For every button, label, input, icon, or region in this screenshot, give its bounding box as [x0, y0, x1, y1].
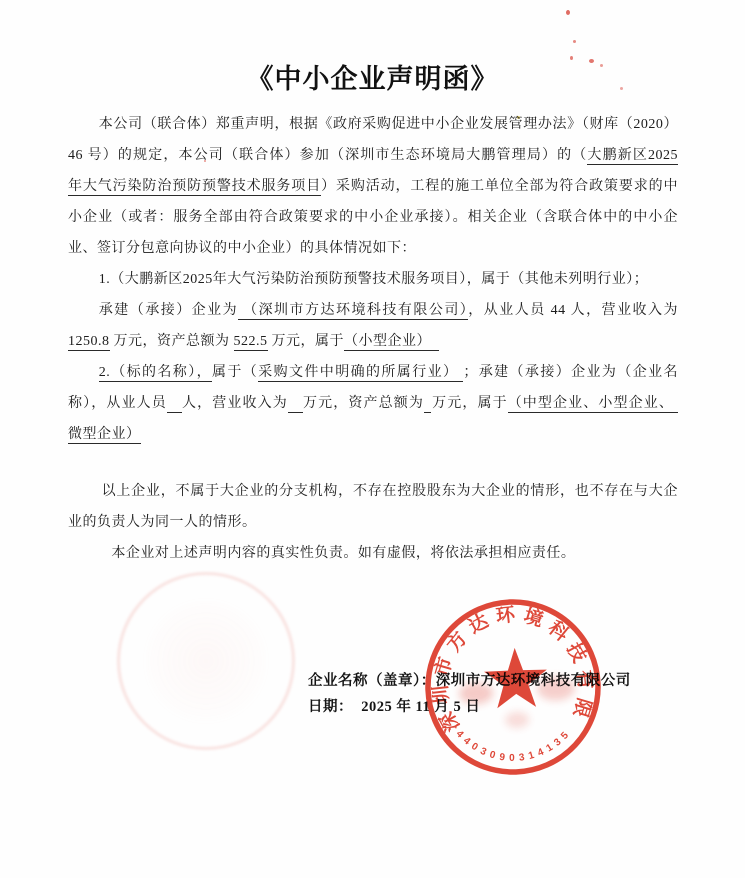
- text-segment: 万元，资产总额为: [110, 334, 234, 349]
- text-segment: 本公司（联合体）郑重声明，根据《政府采购促进中小企业发展管理办法》（财库（202…: [99, 117, 678, 132]
- document-line: 微型企业）: [68, 419, 678, 450]
- text-segment: 本企业对上述声明内容的真实性负责。如有虚假，将依法承担相应责任。: [111, 546, 575, 561]
- text-segment: 业、签订分包意向协议的中小企业）的具体情况如下：: [68, 241, 416, 256]
- scan-speckle: [566, 10, 570, 15]
- underlined-text: （深圳市方达环境科技有限公司）: [238, 303, 468, 320]
- document-line: 以上企业，不属于大企业的分支机构，不存在控股股东为大企业的情形，也不存在与大企: [68, 476, 678, 507]
- document-line: 承建（承接）企业为 （深圳市方达环境科技有限公司），从业人员 44 人，营业收入…: [68, 295, 678, 326]
- text-segment: 万元，资产总额为: [303, 396, 424, 411]
- text-segment: 46 号）的规定，本公司（联合体）参加（深圳市生态环境局大鹏管理局）的（: [68, 148, 587, 163]
- document-line: 2.（标的名称），属于（采购文件中明确的所属行业） ；承建（承接）企业为（企业名: [68, 357, 678, 388]
- underlined-text: 大鹏新区2025: [587, 148, 678, 165]
- document-line: 46 号）的规定，本公司（联合体）参加（深圳市生态环境局大鹏管理局）的（大鹏新区…: [68, 140, 678, 171]
- document-line: 本企业对上述声明内容的真实性负责。如有虚假，将依法承担相应责任。: [68, 538, 678, 569]
- text-segment: 小企业（或者：服务全部由符合政策要求的中小企业承接）。相关企业（含联合体中的中小…: [68, 210, 678, 225]
- document-line: 年大气污染防治预防预警技术服务项目）采购活动，工程的施工单位全部为符合政策要求的…: [68, 171, 678, 202]
- underlined-text: 采购文件中明确的所属行业）: [258, 365, 463, 382]
- underlined-text: 2.（标的名称），: [99, 365, 212, 382]
- text-segment: 以上企业，不属于大企业的分支机构，不存在控股股东为大企业的情形，也不存在与大企: [102, 484, 678, 499]
- document-line: 本公司（联合体）郑重声明，根据《政府采购促进中小企业发展管理办法》（财库（202…: [68, 109, 678, 140]
- seal-ink-smudge: [505, 711, 530, 728]
- underlined-text: 微型企业）: [68, 427, 141, 444]
- document-line: 小企业（或者：服务全部由符合政策要求的中小企业承接）。相关企业（含联合体中的中小…: [68, 202, 678, 233]
- underlined-text: [167, 396, 182, 413]
- text-segment: 1.（大鹏新区2025年大气污染防治预防预警技术服务项目），属于（其他未列明行业…: [99, 272, 649, 287]
- text-segment: 承建（承接）企业为: [99, 303, 238, 318]
- underlined-text: （小型企业）: [344, 334, 439, 351]
- ghost-stamp-impression: [117, 572, 295, 750]
- text-segment: 业的负责人为同一人的情形。: [68, 515, 257, 530]
- text-segment: 万元，属于: [268, 334, 345, 349]
- seal-company-name: 深圳市方达环境科技有限公司: [415, 589, 599, 737]
- document-line: 1250.8 万元，资产总额为 522.5 万元，属于（小型企业）: [68, 326, 678, 357]
- document-line: 业的负责人为同一人的情形。: [68, 507, 678, 538]
- text-segment: 属于（: [212, 365, 258, 380]
- text-segment: 人，营业收入为: [182, 396, 288, 411]
- underlined-text: 1250.8: [68, 334, 110, 351]
- text-segment: ，从业人员 44 人，营业收入为: [468, 303, 678, 318]
- text-segment: 称），从业人员: [68, 396, 167, 411]
- company-seal: 深圳市方达环境科技有限公司 4403090314135: [415, 589, 612, 786]
- underlined-text: 522.5: [234, 334, 268, 351]
- scan-speckle: [573, 40, 576, 43]
- text-segment: ）采购活动，工程的施工单位全部为符合政策要求的中: [321, 179, 678, 194]
- underlined-text: [288, 396, 303, 413]
- document-body: 本公司（联合体）郑重声明，根据《政府采购促进中小企业发展管理办法》（财库（202…: [68, 109, 678, 569]
- document-line: 称），从业人员 人，营业收入为 万元，资产总额为 万元，属于（中型企业、小型企业…: [68, 388, 678, 419]
- underlined-text: （中型企业、小型企业、: [508, 396, 678, 413]
- document-line: 1.（大鹏新区2025年大气污染防治预防预警技术服务项目），属于（其他未列明行业…: [68, 264, 678, 295]
- text-segment: ；承建（承接）企业为（企业名: [463, 365, 678, 380]
- declaration-letter-page: 《中小企业声明函》 本公司（联合体）郑重声明，根据《政府采购促进中小企业发展管理…: [0, 0, 745, 878]
- document-line: 业、签订分包意向协议的中小企业）的具体情况如下：: [68, 233, 678, 264]
- underlined-text: 年大气污染防治预防预警技术服务项目: [68, 179, 321, 196]
- seal-ink-smudge: [537, 676, 576, 701]
- seal-ink-smudge: [459, 682, 494, 705]
- document-title: 《中小企业声明函》: [0, 57, 745, 96]
- seal-star-icon: [483, 647, 548, 709]
- text-segment: 万元，属于: [431, 396, 507, 411]
